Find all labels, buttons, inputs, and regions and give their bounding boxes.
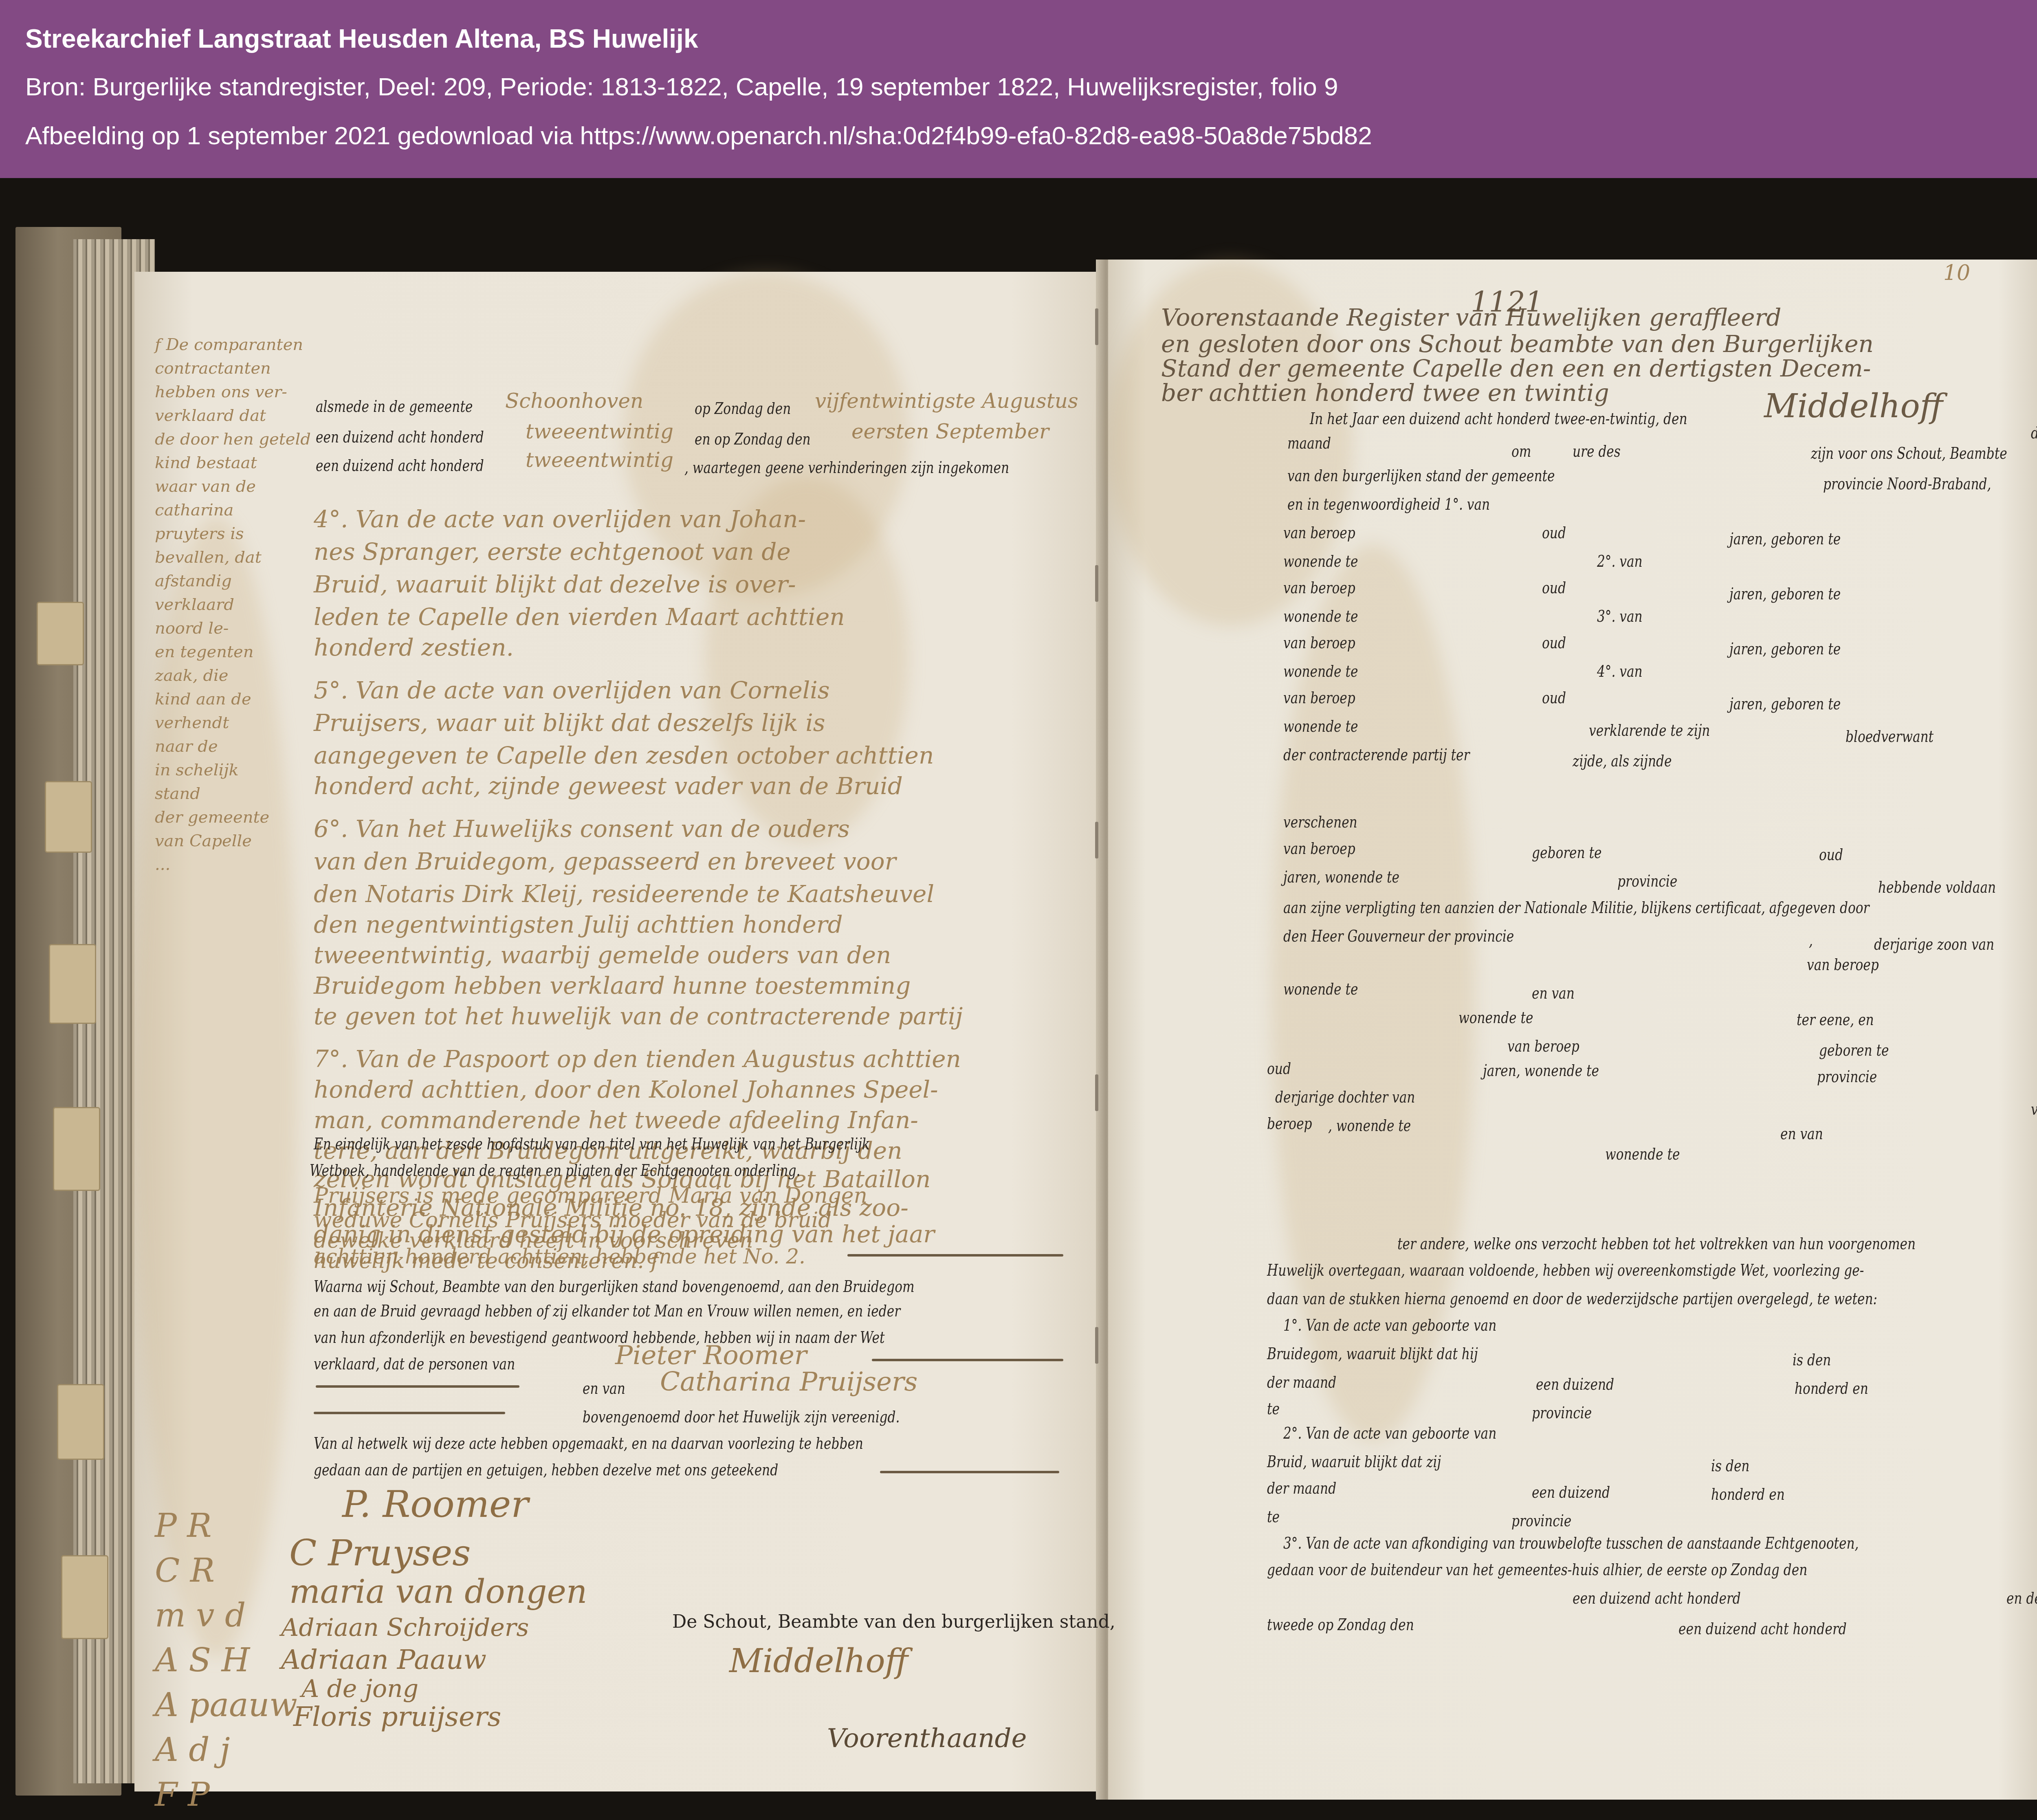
form-line: oud <box>1542 579 1566 597</box>
form-line: wonende te <box>1458 1008 1533 1027</box>
form-line: honderd en <box>1795 1379 1868 1398</box>
handwritten-line: van den Bruidegom, gepasseerd en breveet… <box>314 847 896 875</box>
bride-name: Catharina Pruijsers <box>660 1367 917 1397</box>
handwritten-insert: huwelijk mede te consenteren. f <box>314 1249 659 1273</box>
printed-text: Wetboek, handelende van de regten en pli… <box>310 1161 800 1180</box>
fill-line <box>880 1471 1059 1473</box>
handwritten-line: Pruijsers, waar uit blijkt dat deszelfs … <box>314 709 825 737</box>
fill-line <box>847 1254 1063 1257</box>
printed-text: verklaard, dat de personen van <box>314 1355 515 1373</box>
handwritten-insert: Pruijsers is mede gecompareerd Maria van… <box>314 1184 867 1208</box>
form-line: verschenen <box>1283 813 1357 832</box>
printed-text: alsmede in de gemeente <box>316 397 473 416</box>
handwritten-line: aangegeven te Capelle den zesden october… <box>314 742 934 769</box>
form-line: wonende te <box>1283 607 1358 626</box>
index-tab <box>49 944 96 1024</box>
printed-text: op Zondag den <box>695 399 791 418</box>
form-line: te <box>1267 1507 1280 1526</box>
archive-header-banner: Streekarchief Langstraat Heusden Altena,… <box>0 0 2037 178</box>
form-line: 3°. van <box>1597 607 1643 626</box>
form-line: van beroep <box>1283 839 1355 858</box>
form-line: Bruid, waaruit blijkt dat zij <box>1267 1452 1441 1471</box>
form-line: provincie Noord-Braband, <box>1823 475 1991 493</box>
archive-title: Streekarchief Langstraat Heusden Altena,… <box>25 24 698 54</box>
handwritten-entry: Schoonhoven <box>505 389 643 413</box>
form-line: geboren te <box>1819 1041 1889 1060</box>
handwritten-entry: tweeentwintig <box>526 420 673 443</box>
form-line: provincie <box>1617 872 1677 891</box>
form-line: een duizend <box>1536 1375 1614 1394</box>
handwritten-line: tweeentwintig, waarbij gemelde ouders va… <box>314 941 891 969</box>
form-line: van <box>2031 1100 2037 1119</box>
groom-name: Pieter Roomer <box>615 1340 807 1371</box>
signature: A de jong <box>301 1675 418 1703</box>
form-line: aan zijne verpligting ten aanzien der Na… <box>1283 898 1869 917</box>
handwritten-line: honderd acht, zijnde geweest vader van d… <box>314 772 903 800</box>
handwritten-line: 7°. Van de Paspoort op den tienden Augus… <box>314 1045 961 1073</box>
closing-note-line: en gesloten door ons Schout beambte van … <box>1161 330 1874 358</box>
schout-signature-right: Middelhoff <box>1764 387 1943 425</box>
initials: m v d <box>155 1596 246 1634</box>
form-line: 1°. Van de acte van geboorte van <box>1283 1316 1496 1335</box>
index-tab <box>37 602 84 665</box>
form-line: te <box>1267 1400 1280 1418</box>
binding-thread <box>1095 822 1098 858</box>
binding-thread <box>1095 308 1098 345</box>
printed-text: gedaan aan de partijen en getuigen, hebb… <box>314 1461 778 1479</box>
form-line: oud <box>1819 845 1843 864</box>
form-line: jaren, geboren te <box>1729 585 1841 603</box>
form-line: Bruidegom, waaruit blijkt dat hij <box>1267 1345 1478 1363</box>
form-line: wonende te <box>1283 552 1358 571</box>
closing-signature: Voorenthaande <box>827 1723 1027 1754</box>
index-tab <box>53 1107 100 1191</box>
handwritten-line: 6°. Van het Huwelijks consent van de oud… <box>314 815 850 843</box>
binding-thread <box>1095 565 1098 602</box>
form-line: oud <box>1542 524 1566 542</box>
form-line: bloedverwant <box>1846 727 1934 746</box>
form-line: geboren te <box>1532 843 1602 862</box>
form-line: verklarende te zijn <box>1589 721 1710 740</box>
form-line: een duizend acht honderd <box>1678 1620 1847 1638</box>
form-line: zijn voor ons Schout, Beambte <box>1811 444 2007 463</box>
schout-label: De Schout, Beambte van den burgerlijken … <box>672 1611 1115 1632</box>
signature: Adriaan Schroijders <box>281 1613 529 1642</box>
form-line: der contracterende partij ter <box>1283 746 1469 764</box>
form-line: ure des <box>1573 442 1621 461</box>
form-line: honderd en <box>1711 1485 1785 1504</box>
handwritten-line: 5°. Van de acte van overlijden van Corne… <box>314 676 830 704</box>
index-tab <box>45 781 92 853</box>
handwritten-line: Bruidegom hebben verklaard hunne toestem… <box>314 972 911 999</box>
handwritten-line: den Notaris Dirk Kleij, resideerende te … <box>314 880 934 908</box>
form-line: jaren, geboren te <box>1729 695 1841 713</box>
form-line: wonende te <box>1283 662 1358 681</box>
initials: P R <box>155 1507 212 1545</box>
initials: F P <box>155 1776 210 1813</box>
form-line: gedaan voor de buitendeur van het gemeen… <box>1267 1560 1807 1579</box>
form-line: Huwelijk overtegaan, waaraan voldoende, … <box>1267 1261 1864 1280</box>
handwritten-line: honderd zestien. <box>314 634 514 661</box>
printed-text: een duizend acht honderd <box>316 456 484 475</box>
form-line: van den burgerlijken stand der gemeente <box>1287 467 1555 485</box>
binding-thread <box>1095 1327 1098 1364</box>
form-line: oud <box>1542 634 1566 652</box>
handwritten-line: leden te Capelle den vierden Maart achtt… <box>314 603 845 631</box>
form-line: provincie <box>1817 1067 1877 1086</box>
index-tab <box>57 1384 104 1460</box>
form-line: 3°. Van de acte van afkondiging van trou… <box>1283 1534 1859 1553</box>
form-line: der maand <box>1267 1479 1336 1498</box>
form-line: ter eene, en <box>1797 1010 1874 1029</box>
closing-note-line: ber achttien honderd twee en twintig <box>1161 379 1609 407</box>
form-line: In het Jaar een duizend acht honderd twe… <box>1310 409 1687 428</box>
printed-text: en van <box>583 1379 625 1398</box>
form-line: is den <box>1711 1457 1749 1475</box>
binding-thread <box>1095 1074 1098 1111</box>
form-line: van beroep <box>1283 579 1355 597</box>
form-line: den Heer Gouverneur der provincie <box>1283 927 1514 946</box>
index-tab <box>61 1555 108 1639</box>
form-line: hebbende voldaan <box>1878 878 1996 897</box>
signature: Adriaan Paauw <box>281 1644 486 1675</box>
fill-line <box>872 1359 1063 1361</box>
form-line: van beroep <box>1507 1037 1579 1056</box>
form-line: derjarige zoon van <box>1874 935 1994 954</box>
handwritten-entry: eersten September <box>851 420 1049 443</box>
fill-line <box>316 1385 519 1388</box>
form-line: wonende te <box>1605 1145 1680 1164</box>
form-line: 4°. van <box>1597 662 1643 681</box>
form-line: van beroep <box>1283 634 1355 652</box>
form-line: oud <box>1267 1059 1291 1078</box>
form-line: van beroep <box>1283 524 1355 542</box>
form-line: , <box>1809 931 1813 950</box>
schout-signature: Middelhoff <box>729 1642 908 1680</box>
form-line: daan van de stukken hierna genoemd en do… <box>1267 1290 1877 1308</box>
initials: A paauw <box>155 1686 297 1724</box>
signature: C Pruyses <box>289 1532 471 1574</box>
printed-text: bovengenoemd door het Huwelijk zijn vere… <box>583 1408 900 1426</box>
form-line: en van <box>1780 1125 1823 1143</box>
form-line: wonende te <box>1283 980 1358 999</box>
form-line: tweede op Zondag den <box>1267 1615 1414 1634</box>
handwritten-line: man, commanderende het tweede afdeeling … <box>314 1106 918 1134</box>
printed-text: en op Zondag den <box>695 430 811 449</box>
printed-text: en aan de Bruid gevraagd hebben of zij e… <box>314 1302 900 1320</box>
closing-note-line: Stand der gemeente Capelle den een en de… <box>1161 354 1871 382</box>
form-line: provincie <box>1532 1404 1592 1422</box>
handwritten-line: den negentwintigsten Julij achttien hond… <box>314 911 843 938</box>
folio-number: 10 <box>1943 261 1970 285</box>
form-line: is den <box>1793 1351 1831 1369</box>
source-citation: Bron: Burgerlijke standregister, Deel: 2… <box>25 73 1338 101</box>
form-line: een duizend <box>1532 1483 1610 1502</box>
form-line: maand <box>1287 434 1331 453</box>
margin-initials: P R C R m v d A S H A paauw A d j F P <box>155 1503 297 1817</box>
printed-text: En eindelijk van het zesde hoofdstuk van… <box>314 1135 870 1153</box>
initials: A S H <box>155 1641 250 1679</box>
form-line: van beroep <box>1283 689 1355 707</box>
form-line: , wonende te <box>1328 1116 1411 1135</box>
handwritten-line: nes Spranger, eerste echtgenoot van de <box>314 538 791 566</box>
printed-text: Waarna wij Schout, Beambte van den burge… <box>314 1277 915 1296</box>
signature: maria van dongen <box>289 1573 587 1611</box>
handwritten-line: Bruid, waaruit blijkt dat dezelve is ove… <box>314 570 796 598</box>
initials: A d j <box>155 1731 230 1769</box>
form-line: 2°. Van de acte van geboorte van <box>1283 1424 1496 1443</box>
form-line: jaren, geboren te <box>1729 530 1841 548</box>
form-line: wonende te <box>1283 717 1358 736</box>
fill-line <box>314 1412 505 1414</box>
signature: Floris pruijsers <box>293 1701 501 1732</box>
printed-text: Van al hetwelk wij deze acte hebben opge… <box>314 1434 863 1453</box>
handwritten-entry: vijfentwintigste Augustus <box>815 389 1078 413</box>
form-line: jaren, wonende te <box>1283 868 1399 887</box>
printed-text: een duizend acht honderd <box>316 428 484 447</box>
form-line: om <box>1511 442 1531 461</box>
form-line: derjarige dochter van <box>1275 1088 1415 1107</box>
signature: P. Roomer <box>342 1483 528 1526</box>
form-line: ter andere, welke ons verzocht hebben to… <box>1397 1235 1916 1253</box>
form-line: van beroep <box>1807 955 1879 974</box>
form-line: en van <box>1532 984 1575 1003</box>
handwritten-entry: tweeentwintig <box>526 448 673 472</box>
printed-text: , waartegen geene verhinderingen zijn in… <box>684 458 1009 477</box>
download-notice: Afbeelding op 1 september 2021 gedownloa… <box>25 121 1372 150</box>
initials: C R <box>155 1552 215 1589</box>
form-line: jaren, wonende te <box>1483 1061 1599 1080</box>
margin-note: f De comparanten contractanten hebben on… <box>155 333 318 876</box>
form-line: beroep <box>1267 1114 1312 1133</box>
form-line: provincie <box>1511 1512 1571 1530</box>
handwritten-line: 4°. Van de acte van overlijden van Johan… <box>314 505 806 533</box>
form-line: oud <box>1542 689 1566 707</box>
form-line: jaren, geboren te <box>1729 640 1841 658</box>
handwritten-line: te geven tot het huwelijk van de contrac… <box>314 1002 963 1030</box>
form-line: der maand <box>1267 1373 1336 1392</box>
handwritten-line: honderd achttien, door den Kolonel Johan… <box>314 1076 938 1103</box>
form-line: en in tegenwoordigheid 1°. van <box>1287 495 1490 514</box>
form-line: een duizend acht honderd <box>1573 1589 1741 1608</box>
closing-note-line: Voorenstaande Register van Huwelijken ge… <box>1161 304 1781 331</box>
form-line: zijde, als zijnde <box>1573 752 1672 770</box>
form-line: en de <box>2006 1589 2037 1608</box>
form-line: 2°. van <box>1597 552 1643 571</box>
form-line: der <box>2031 424 2037 442</box>
